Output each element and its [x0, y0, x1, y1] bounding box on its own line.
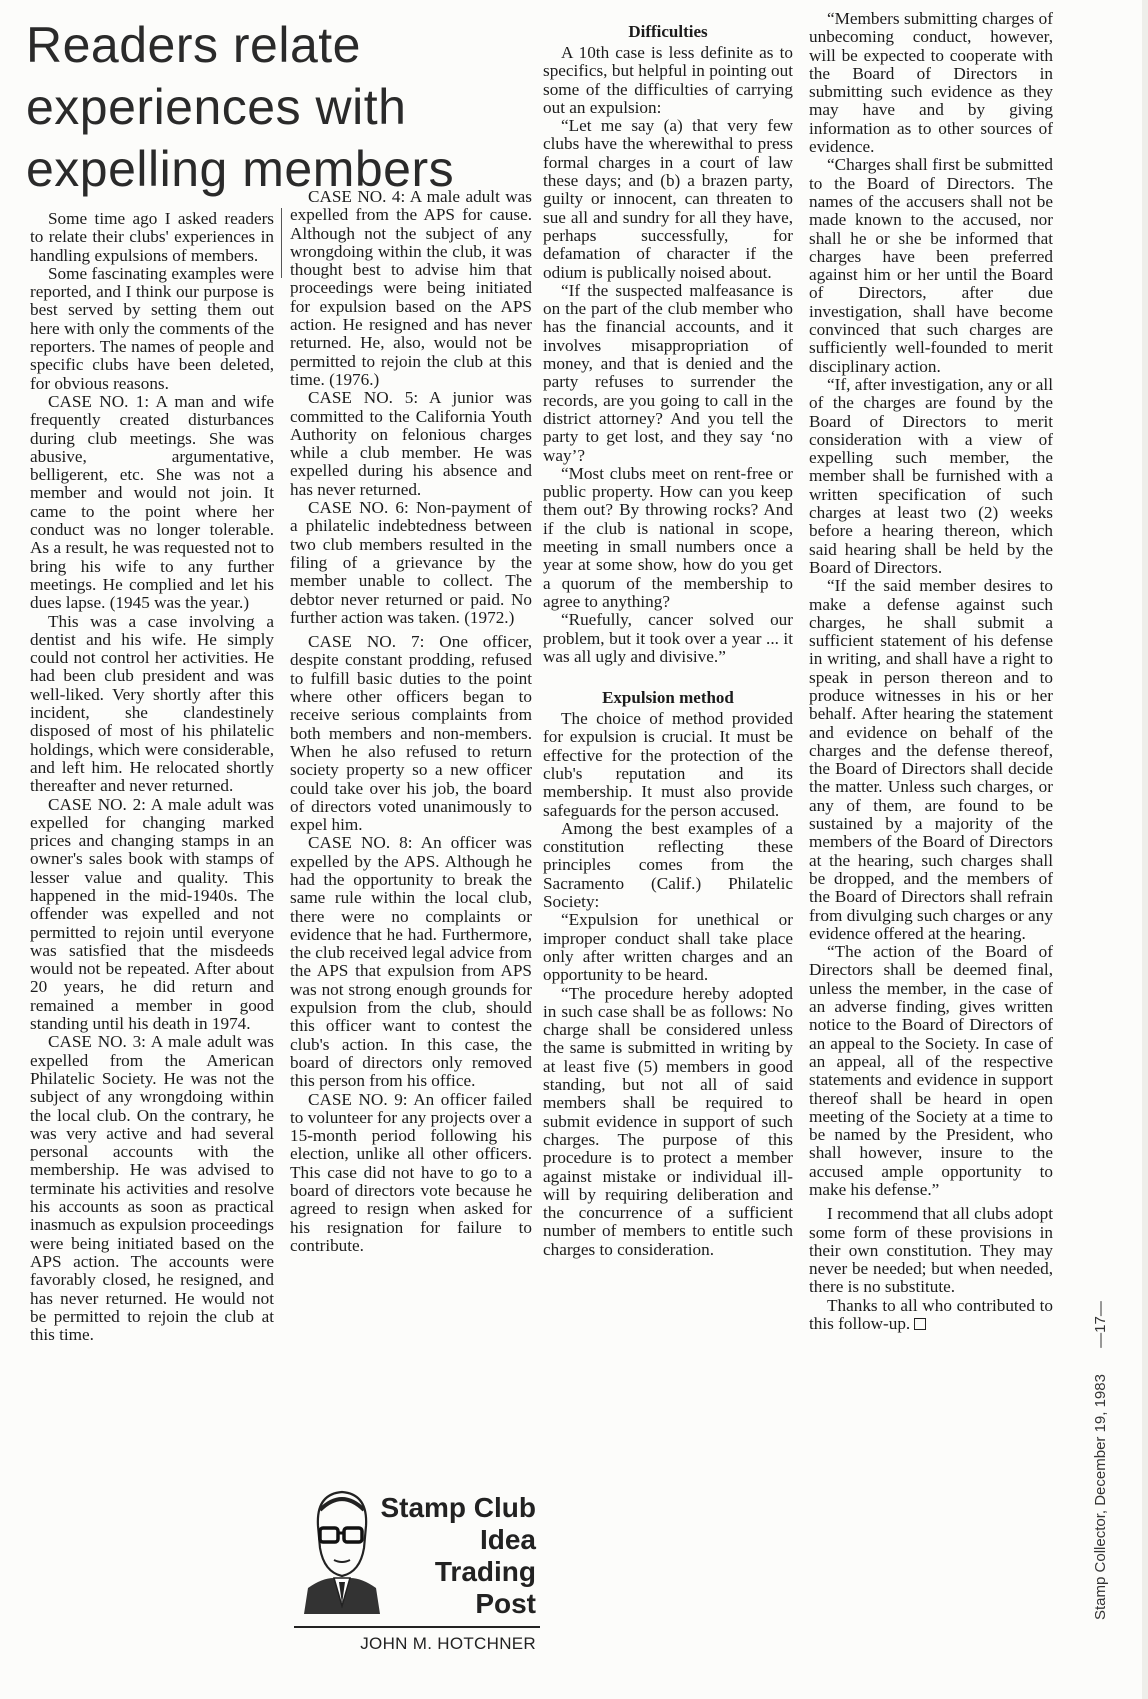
paragraph-quote: “Members submitting charges of unbecomin… — [809, 10, 1053, 156]
logo-line: Stamp Club — [380, 1492, 536, 1524]
paragraph-case-7: CASE NO. 7: One officer, despite constan… — [290, 633, 532, 834]
logo-line: Trading — [380, 1556, 536, 1588]
publication-name-date: Stamp Collector, December 19, 1983 — [1092, 1374, 1109, 1620]
paragraph-quote: “The procedure hereby adopted in such ca… — [543, 985, 793, 1259]
paragraph: A 10th case is less definite as to speci… — [543, 44, 793, 117]
article-headline: Readers relate experiences with expellin… — [26, 14, 536, 200]
paragraph-quote: “The action of the Board of Directors sh… — [809, 943, 1053, 1199]
paragraph-recommendation: I recommend that all clubs adopt some fo… — [809, 1205, 1053, 1296]
paragraph-case-2: CASE NO. 2: A male adult was expelled fo… — [30, 796, 274, 1034]
article-column-1: Some time ago I asked readers to relate … — [30, 210, 274, 1344]
paragraph-case-4: CASE NO. 4: A male adult was expelled fr… — [290, 188, 532, 389]
column-logo: Stamp Club Idea Trading Post — [290, 1480, 540, 1640]
newspaper-page: Readers relate experiences with expellin… — [0, 0, 1148, 1699]
paragraph: Some time ago I asked readers to relate … — [30, 210, 274, 265]
author-portrait-icon — [298, 1486, 382, 1616]
author-byline: JOHN M. HOTCHNER — [290, 1634, 536, 1654]
paragraph-quote: “Expulsion for unethical or improper con… — [543, 911, 793, 984]
paragraph: This was a case involving a dentist and … — [30, 613, 274, 796]
subheading-difficulties: Difficulties — [543, 22, 793, 42]
paragraph-quote: “If the said member desires to make a de… — [809, 577, 1053, 943]
paragraph-case-3: CASE NO. 3: A male adult was expelled fr… — [30, 1033, 274, 1344]
paragraph-case-5: CASE NO. 5: A junior was committed to th… — [290, 389, 532, 499]
paragraph: The choice of method provided for expuls… — [543, 710, 793, 820]
paragraph-quote: “Let me say (a) that very few clubs have… — [543, 117, 793, 282]
paragraph-quote: “If the suspected malfeasance is on the … — [543, 282, 793, 465]
paragraph-case-6: CASE NO. 6: Non-payment of a philatelic … — [290, 499, 532, 627]
publication-footer: Stamp Collector, December 19, 1983 —17— — [1092, 1301, 1109, 1620]
byline-rule — [294, 1626, 540, 1628]
logo-line: Post — [380, 1588, 536, 1620]
paragraph-quote: “Charges shall first be submitted to the… — [809, 156, 1053, 376]
closing-text: Thanks to all who contributed to this fo… — [809, 1296, 1053, 1333]
paragraph-quote: “Most clubs meet on rent-free or public … — [543, 465, 793, 611]
column-logo-title: Stamp Club Idea Trading Post — [380, 1492, 536, 1620]
paragraph-closing: Thanks to all who contributed to this fo… — [809, 1297, 1053, 1334]
article-column-2: CASE NO. 4: A male adult was expelled fr… — [290, 188, 532, 1255]
paragraph-case-9: CASE NO. 9: An officer failed to volunte… — [290, 1091, 532, 1256]
logo-line: Idea — [380, 1524, 536, 1556]
paragraph-quote: “If, after investigation, any or all of … — [809, 376, 1053, 577]
paragraph: Among the best examples of a constitutio… — [543, 820, 793, 911]
page-edge — [1142, 0, 1148, 1699]
article-column-4: “Members submitting charges of unbecomin… — [809, 10, 1053, 1333]
article-column-3: Difficulties A 10th case is less definit… — [543, 22, 793, 1259]
page-number: —17— — [1092, 1301, 1109, 1348]
paragraph: Some fascinating examples were reported,… — [30, 265, 274, 393]
column-divider — [281, 208, 282, 278]
paragraph-quote: “Ruefully, cancer solved our problem, bu… — [543, 611, 793, 666]
subheading-expulsion-method: Expulsion method — [543, 688, 793, 708]
paragraph-case-8: CASE NO. 8: An officer was expelled by t… — [290, 834, 532, 1090]
paragraph-case-1: CASE NO. 1: A man and wife frequently cr… — [30, 393, 274, 613]
end-of-article-box-icon — [914, 1318, 926, 1330]
